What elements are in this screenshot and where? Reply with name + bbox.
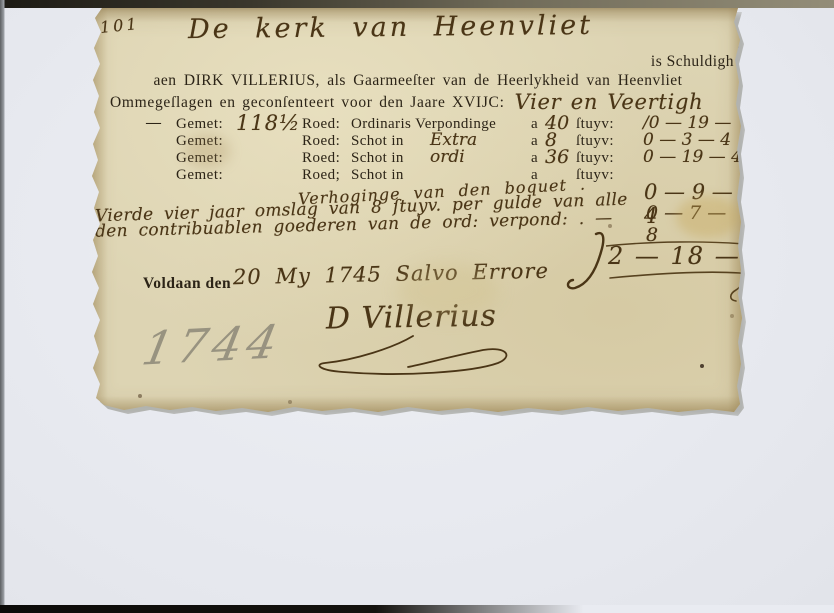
row-dash: — (146, 115, 161, 132)
gemet-label: Gemet: (176, 150, 223, 167)
gemet-label: Gemet: (176, 133, 223, 150)
gemet-label: Gemet: (176, 116, 223, 133)
stuyver-label: ſtuyv: (576, 150, 614, 167)
creditor-line: aen DIRK VILLERIUS, als Gaarmeeſter van … (104, 72, 732, 90)
stuyver-label: ſtuyv: (576, 133, 614, 150)
gemet-label: Gemet: (176, 167, 223, 184)
signature-flourish (313, 334, 523, 379)
year-line-printed: Ommegeſlagen en geconſenteert voor den J… (110, 94, 505, 111)
is-schuldigh-label: is Schuldigh (651, 53, 734, 71)
date-handwritten: 20 My 1745 Salvo Errore (233, 259, 549, 290)
row-description: Schot in (351, 133, 404, 150)
year-handwritten: Vier en Veertigh (515, 90, 704, 114)
a-label: a (531, 133, 538, 150)
paper-specks (700, 364, 704, 368)
row-description: Schot in (351, 150, 404, 167)
table-row: Gemet: Roed: Schot in ordi a 36 ſtuyv: 0… (88, 149, 744, 166)
roed-label: Roed; (302, 167, 340, 184)
roed-label: Roed: (302, 150, 340, 167)
amount-handwritten: 0 — 19 — 4 (643, 147, 742, 167)
roed-label: Roed: (302, 133, 340, 150)
signature: D Villerius (326, 299, 498, 337)
a-label: a (531, 150, 538, 167)
year-line: Ommegeſlagen en geconſenteert voor den J… (110, 90, 703, 114)
row-description: Schot in (351, 167, 404, 184)
scan-edge-bottom (0, 605, 834, 613)
scan-edge-top (0, 0, 834, 8)
voldaan-label: Voldaan den (143, 275, 231, 293)
rate-handwritten: 36 (545, 146, 569, 168)
roed-label: Roed: (302, 116, 340, 133)
pencil-year: 1744 (138, 314, 287, 375)
surcharge-amount: 0 — 7 — 8 (646, 202, 744, 246)
receipt-document: 101 De kerk van Heenvliet is Schuldigh a… (88, 8, 744, 414)
stuyver-label: ſtuyv: (576, 116, 614, 133)
archive-number: 101 (99, 14, 140, 37)
debtor-name-handwritten: De kerk van Heenvliet (188, 10, 593, 45)
scan-edge-left (0, 0, 5, 613)
scanned-page: 101 De kerk van Heenvliet is Schuldigh a… (0, 0, 834, 613)
description-handwritten: ordi (430, 147, 465, 167)
a-label: a (531, 116, 538, 133)
